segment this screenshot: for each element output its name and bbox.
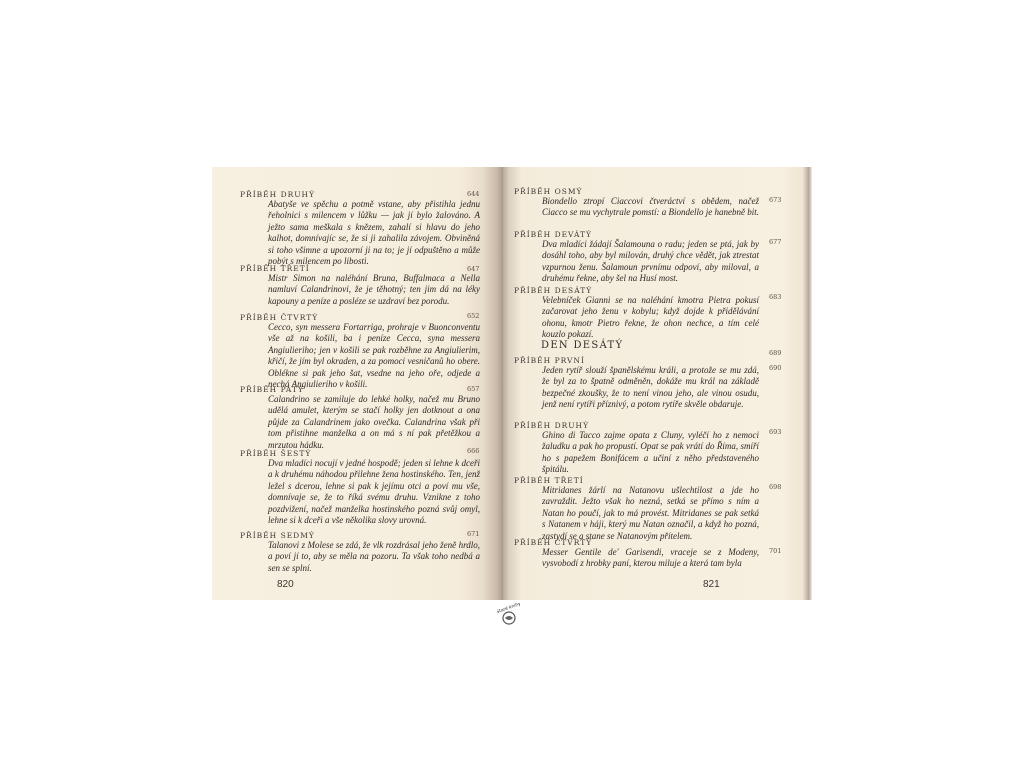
toc-entry: PŘÍBĚH PÁTÝ Calandrino se zamiluje do le… <box>240 385 480 451</box>
toc-entry: PŘÍBĚH TŘETÍ Mitridanes žárlí na Natanov… <box>514 476 759 542</box>
entry-summary: Biondello ztropí Ciaccovi čtveráctví s o… <box>542 196 759 219</box>
entry-page-number: 671 <box>467 530 479 538</box>
entry-heading: PŘÍBĚH DESÁTÝ <box>514 286 759 295</box>
entry-heading: PŘÍBĚH TŘETÍ <box>514 476 759 485</box>
entry-page-number: 652 <box>467 312 479 320</box>
entry-page-number: 666 <box>467 447 479 455</box>
entry-summary: Ghino di Tacco zajme opata z Cluny, vylé… <box>542 430 759 476</box>
toc-entry: PŘÍBĚH DEVÁTÝ Dva mladíci žádají Šalamou… <box>514 230 759 285</box>
entry-page-number: 701 <box>769 547 781 555</box>
entry-heading: PŘÍBĚH ČTVRTÝ <box>240 313 480 322</box>
entry-summary: Dva mladíci žádají Šalamouna o radu; jed… <box>542 239 759 285</box>
entry-summary: Abatyše ve spěchu a potmě vstane, aby př… <box>268 199 480 267</box>
entry-page-number: 673 <box>769 196 781 204</box>
entry-heading: PŘÍBĚH PRVNÍ <box>514 356 759 365</box>
entry-summary: Velebníček Gianni se na naléhání kmotra … <box>542 295 759 341</box>
entry-heading: PŘÍBĚH ČTVRTÝ <box>514 538 759 547</box>
entry-summary: Mistr Simon na naléhání Bruna, Buffalmac… <box>268 273 480 307</box>
entry-page-number: 693 <box>769 428 781 436</box>
entry-heading: PŘÍBĚH SEDMÝ <box>240 531 480 540</box>
page-folio: 821 <box>703 579 720 590</box>
entry-summary: Talanovi z Molese se zdá, že vlk rozdrás… <box>268 540 480 574</box>
toc-entry: PŘÍBĚH TŘETÍ Mistr Simon na naléhání Bru… <box>240 264 480 307</box>
entry-summary: Calandrino se zamiluje do lehké holky, n… <box>268 394 480 451</box>
section-page-number: 689 <box>769 349 781 357</box>
toc-entry: PŘÍBĚH DESÁTÝ Velebníček Gianni se na na… <box>514 286 759 341</box>
entry-page-number: 698 <box>769 483 781 491</box>
left-page: PŘÍBĚH DRUHÝ Abatyše ve spěchu a potmě v… <box>212 167 503 600</box>
entry-page-number: 677 <box>769 238 781 246</box>
toc-entry: PŘÍBĚH DRUHÝ Ghino di Tacco zajme opata … <box>514 421 759 476</box>
toc-entry: PŘÍBĚH PRVNÍ Jeden rytíř slouží španělsk… <box>514 356 759 411</box>
entry-heading: PŘÍBĚH OSMÝ <box>514 187 759 196</box>
entry-heading: PŘÍBĚH TŘETÍ <box>240 264 480 273</box>
entry-heading: PŘÍBĚH ŠESTÝ <box>240 449 480 458</box>
entry-page-number: 647 <box>467 265 479 273</box>
book-spread: PŘÍBĚH DRUHÝ Abatyše ve spěchu a potmě v… <box>212 167 812 600</box>
entry-heading: PŘÍBĚH DRUHÝ <box>240 190 480 199</box>
watermark-text: Staré knihy <box>497 603 521 615</box>
toc-entry: PŘÍBĚH DRUHÝ Abatyše ve spěchu a potmě v… <box>240 190 480 267</box>
book-seal-icon: Staré knihy <box>497 603 521 627</box>
entry-summary: Jeden rytíř slouží španělskému králi, a … <box>542 365 759 411</box>
section-title: DEN DESÁTÝ <box>541 340 623 351</box>
entry-heading: PŘÍBĚH DRUHÝ <box>514 421 759 430</box>
entry-summary: Mitridanes žárlí na Natanovu ušlechtilos… <box>542 485 759 542</box>
entry-heading: PŘÍBĚH DEVÁTÝ <box>514 230 759 239</box>
entry-summary: Messer Gentile de' Garisendi, vraceje se… <box>542 547 759 570</box>
entry-summary: Cecco, syn messera Fortarriga, prohraje … <box>268 322 480 390</box>
right-page: PŘÍBĚH OSMÝ Biondello ztropí Ciaccovi čt… <box>503 167 812 600</box>
toc-entry: PŘÍBĚH SEDMÝ Talanovi z Molese se zdá, ž… <box>240 531 480 574</box>
toc-entry: PŘÍBĚH ČTVRTÝ Cecco, syn messera Fortarr… <box>240 313 480 390</box>
entry-page-number: 657 <box>467 385 479 393</box>
toc-entry: PŘÍBĚH ŠESTÝ Dva mladíci nocují v jedné … <box>240 449 480 526</box>
entry-page-number: 690 <box>769 364 781 372</box>
toc-entry: PŘÍBĚH ČTVRTÝ Messer Gentile de' Garisen… <box>514 538 759 570</box>
toc-entry: PŘÍBĚH OSMÝ Biondello ztropí Ciaccovi čt… <box>514 187 759 219</box>
page-folio: 820 <box>277 579 294 590</box>
entry-page-number: 644 <box>467 190 479 198</box>
entry-summary: Dva mladíci nocují v jedné hospodě; jede… <box>268 458 480 526</box>
entry-page-number: 683 <box>769 293 781 301</box>
entry-heading: PŘÍBĚH PÁTÝ <box>240 385 480 394</box>
